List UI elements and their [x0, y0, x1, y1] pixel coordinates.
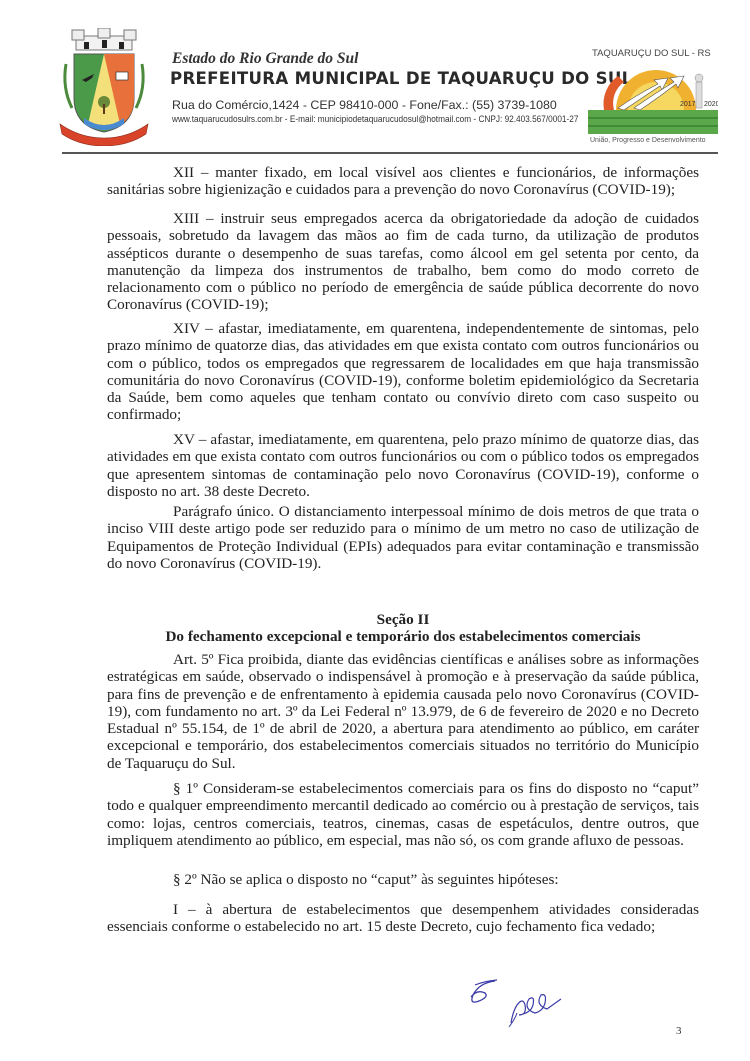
administration-logo: TAQUARUÇU DO SUL - RS 2017 2020 União, P… — [588, 40, 718, 150]
page-number: 3 — [676, 1025, 682, 1037]
handwritten-signature-icon — [465, 975, 575, 1035]
header-address: Rua do Comércio,1424 - CEP 98410-000 - F… — [172, 98, 557, 112]
section-number: Seção II — [107, 611, 699, 628]
paragraph-inciso-xii: XII – manter fixado, em local visível ao… — [107, 164, 699, 199]
svg-text:2020: 2020 — [704, 101, 718, 108]
logo-slogan: União, Progresso e Desenvolvimento — [590, 137, 706, 144]
paragraph-paragrafo-1: § 1º Consideram-se estabelecimentos come… — [107, 780, 699, 849]
document-page: Estado do Rio Grande do Sul PREFEITURA M… — [0, 0, 750, 1061]
header-state-name: Estado do Rio Grande do Sul — [172, 50, 358, 68]
paragraph-inciso-xv: XV – afastar, imediatamente, em quarente… — [107, 431, 699, 500]
progress-arrows-icon: 2017 2020 — [588, 64, 718, 136]
svg-text:2017: 2017 — [680, 101, 696, 108]
header-contact-line: www.taquarucudosulrs.com.br - E-mail: mu… — [172, 114, 578, 125]
logo-top-text: TAQUARUÇU DO SUL - RS — [592, 48, 711, 59]
paragraph-inciso-i: I – à abertura de estabelecimentos que d… — [107, 901, 699, 936]
paragraph-unico: Parágrafo único. O distanciamento interp… — [107, 503, 699, 572]
header-divider — [62, 152, 718, 154]
paragraph-art-5: Art. 5º Fica proibida, diante das evidên… — [107, 651, 699, 772]
header-title: PREFEITURA MUNICIPAL DE TAQUARUÇU DO SUL — [170, 69, 633, 88]
paragraph-paragrafo-2: § 2º Não se aplica o disposto no “caput”… — [107, 871, 699, 888]
section-title: Do fechamento excepcional e temporário d… — [107, 628, 699, 645]
municipal-coat-of-arms-icon — [58, 28, 150, 146]
paragraph-inciso-xiii: XIII – instruir seus empregados acerca d… — [107, 210, 699, 314]
paragraph-inciso-xiv: XIV – afastar, imediatamente, em quarent… — [107, 320, 699, 424]
